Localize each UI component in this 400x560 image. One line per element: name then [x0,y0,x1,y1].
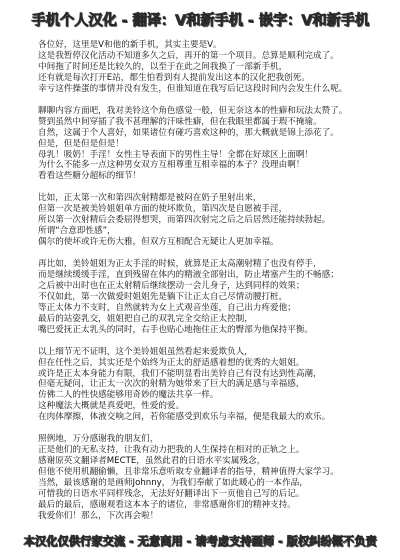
text-line: 不仅如此，第一次做爱时姐姐先是躺下让正太自己尽情动腰打桩， [38,292,393,303]
text-line: 但在任性之后，其实还是个始终为正太的舒适感着想的优秀的大姐姐。 [38,358,393,369]
text-line: 所谓“合意即性感”， [38,226,393,237]
text-line: 母乳！吸奶！手淫！女性主导表面下的男性主导！全都在好球区上面啊！ [38,150,393,161]
paragraph-thanks: 照例地，万分感谢我的朋友们， 正是他们的无私支持，让我有动力把我的人生保持在相对… [38,434,393,522]
text-line: 比如，正太第一次和第四次射精都是被闷在奶子里射出来， [38,193,393,204]
text-line: 偶尔的使坏或许无伤大雅，但双方互相配合无疑让人更加幸福。 [38,237,393,248]
text-line: 当然，最该感谢的是画师Johnny，为我们奉献了如此暖心的一本作品， [38,478,393,489]
text-line: 在肉体摩擦，体液交响之间，若你能感受到欢乐与幸福，便是我最大的欢乐。 [38,412,393,423]
text-line: 这种魔法大概就是真爱吧，性爱的爱。 [38,401,393,412]
text-line: 照例地，万分感谢我的朋友们， [38,434,393,445]
afterword-body: 各位好，这里是V和他的新手机，其实主要是V。 这是我暂停汉化活动不知道多久之后，… [38,40,393,533]
paragraph-intro: 各位好，这里是V和他的新手机，其实主要是V。 这是我暂停汉化活动不知道多久之后，… [38,40,393,95]
text-line: 所以第一次射精后会委屈得想哭，而第四次射完之后之后居然还能持续勃起。 [38,215,393,226]
text-line: 这是我暂停汉化活动不知道多久之后，再开的第一个项目。总算是顺利完成了。 [38,51,393,62]
text-line: 感谢原英文翻译者MECTE，虽然此君的日语水平实属残念， [38,456,393,467]
text-line: 等正太体力不支时，自然就转为女上式观音坐莲，自己出力疼爱他； [38,303,393,314]
text-line: 正是他们的无私支持，让我有动力把我的人生保持在相对的正轨之上。 [38,445,393,456]
disclaimer-banner: 本汉化仅供行家交流 - 无意商用 - 请考虑支持画师 - 版权纠纷概不负责 [0,533,400,549]
credits-banner-text: 手机个人汉化 - 翻译：V和新手机 - 嵌字：V和新手机 [31,9,369,30]
credits-banner: 手机个人汉化 - 翻译：V和新手机 - 嵌字：V和新手机 [0,9,400,30]
text-line: 看看这些糖分超标的细节！ [38,171,393,182]
text-line: 但他不使用机翻偷懒，且非常乐意听取专业翻译者的指导，精神值得大家学习。 [38,467,393,478]
text-line: 再比如，美铃姐姐为正太手淫的时候，就算是正太高潮射精了也没有停手， [38,259,393,270]
text-line: 为什么不能多一点这种男女双方互相尊重互相幸福的本子？没理由啊！ [38,160,393,171]
text-line: 之后被中出时也在正太射精后继续摆动一会儿身子，达到同样的效果； [38,281,393,292]
text-line: 我爱你们！那么，下次再会啦！ [38,511,393,522]
paragraph-example-2: 再比如，美铃姐姐为正太手淫的时候，就算是正太高潮射精了也没有停手， 而是继续缓缓… [38,259,393,336]
text-line: 自然，这属于个人喜好，如果诸位有碰巧喜欢这种的，那大概就是锦上添花了。 [38,128,393,139]
text-line: 聊聊内容方面吧，我对美铃这个角色感觉一般，但无奈这本的性癖和玩法太赞了。 [38,106,393,117]
text-line: 各位好，这里是V和他的新手机，其实主要是V。 [38,40,393,51]
text-line: 仿佛二人的性快感能够用奇妙的魔法共享一样。 [38,390,393,401]
text-line: 最后的站姿乳交，姐姐把自己的双乳完全交给正太控制， [38,314,393,325]
text-line: 但是，但是但是但是！ [38,139,393,150]
text-line: 以上细节无不证明，这个美铃姐姐虽然看起来爱欺负人， [38,347,393,358]
text-line: 可惜我的日语水平同样残念，无法好好翻译出下一页他自己写的后记。 [38,489,393,500]
text-line: 幸亏这件操蛋的事情并没有发生，但谁知道在我写后记这段时间内会发生什么呢。 [38,84,393,95]
paragraph-conclusion: 以上细节无不证明，这个美铃姐姐虽然看起来爱欺负人， 但在任性之后，其实还是个始终… [38,347,393,424]
text-line: 赞到虽然中间穿插了我不甚理解的汗味性癖，但在我眼里都属于瑕不掩瑜。 [38,117,393,128]
text-line: 或许是正太本身能力有限，我们不能明显看出美铃自己有没有达到性高潮， [38,369,393,380]
text-line: 最后的最后，感谢观看这本本子的诸位，非常感谢你们的精神支持。 [38,500,393,511]
paragraph-content-opinion: 聊聊内容方面吧，我对美铃这个角色感觉一般，但无奈这本的性癖和玩法太赞了。 赞到虽… [38,106,393,183]
text-line: 而是继续缓缓手淫，直到残留在体内的精液全部射出，防止堵塞产生的不畅感； [38,270,393,281]
disclaimer-banner-text: 本汉化仅供行家交流 - 无意商用 - 请考虑支持画师 - 版权纠纷概不负责 [23,533,376,549]
paragraph-example-1: 比如，正太第一次和第四次射精都是被闷在奶子里射出来， 但第一次是被美铃姐姐单方面… [38,193,393,248]
text-line: 但毫无疑问，让正太一次次的射精为她带来了巨大的满足感与幸福感， [38,379,393,390]
text-line: 嘴巴爱抚正太乳头的同时，右手也贴心地拖住正太的臀部为他保持平衡。 [38,325,393,336]
text-line: 中间拖了时间还是比较久的，以至于在此之间我换了一部新手机， [38,62,393,73]
text-line: 还有就是每次打开E站，都生怕看到有人提前发出这本的汉化把我创死。 [38,73,393,84]
text-line: 但第一次是被美铃姐姐单方面的使坏欺负，第四次是自愿被手淫， [38,204,393,215]
